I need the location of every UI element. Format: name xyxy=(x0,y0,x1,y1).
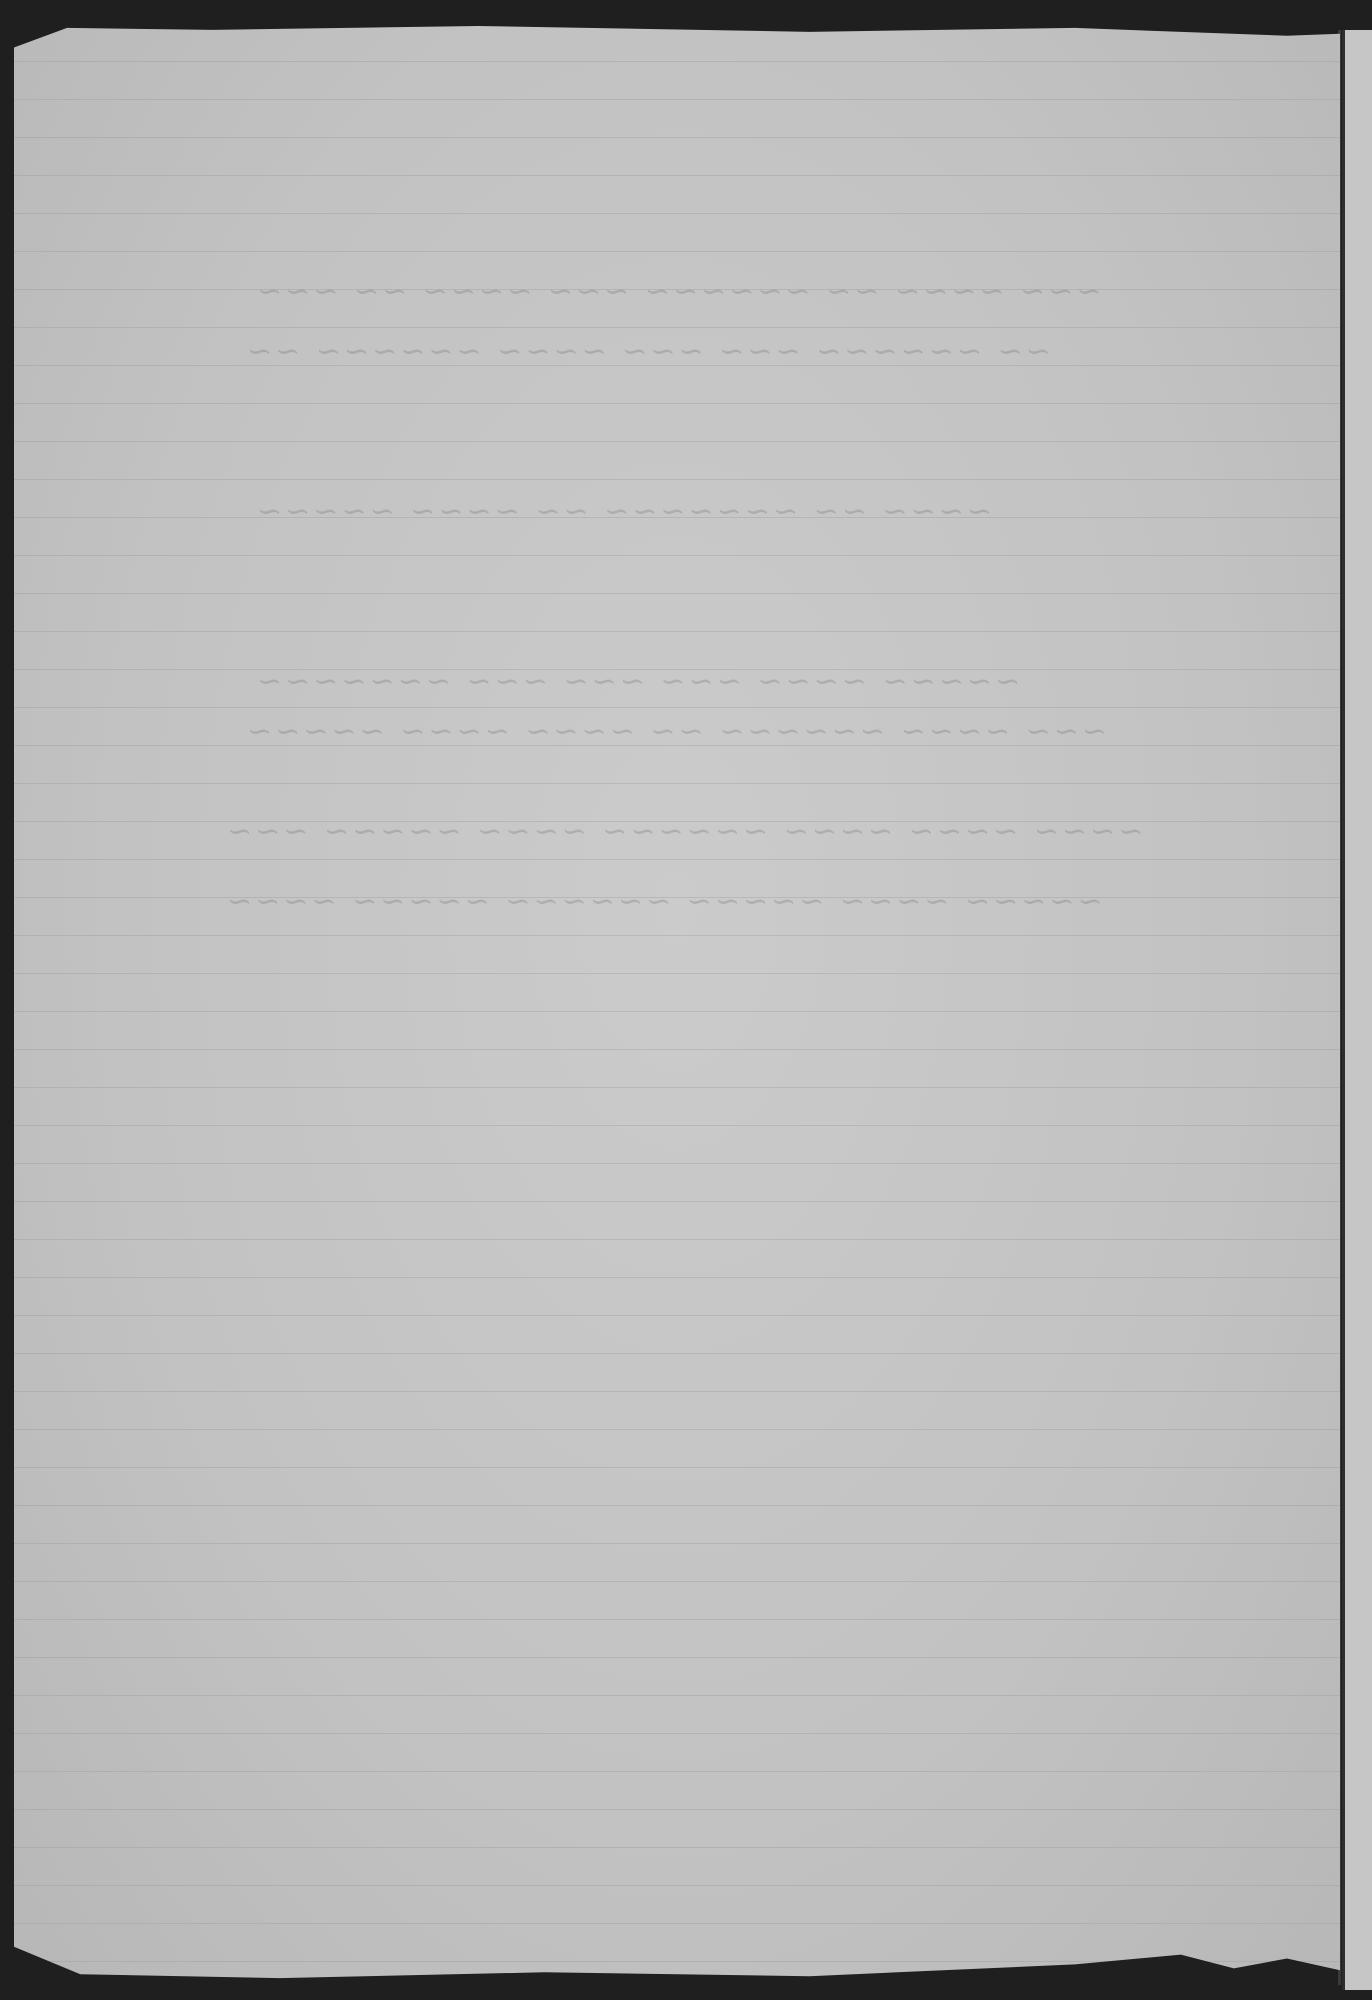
bleed-through-text: ~~~~ ~~ ~~~~~~~ ~~ ~~~~ ~~~~~ xyxy=(254,494,992,529)
adjacent-page-edge xyxy=(1342,30,1372,1990)
bleed-through-text: ~~~ ~~~~ ~~~~~~ ~~ ~~~~ ~~~~ ~~~~~ xyxy=(244,714,1107,749)
bleed-through-text: ~~~~ ~~~~ ~~~~ ~~~~~~ ~~~~ ~~~~~ ~~~ xyxy=(224,814,1143,849)
bleed-through-text: ~~~ ~~~~ ~~ ~~~~~~ ~~~ ~~~~ ~~ ~~~ xyxy=(254,274,1101,309)
manuscript-page: ~~~ ~~~~ ~~ ~~~~~~ ~~~ ~~~~ ~~ ~~~ ~~ ~~… xyxy=(14,24,1340,1986)
bleed-through-text: ~~~~~ ~~~~ ~~~ ~~~ ~~~ ~~~~~~~ xyxy=(254,664,1020,699)
bleed-through-text: ~~~~~ ~~~~ ~~~~~ ~~~~~~ ~~~~~ ~~~~ xyxy=(224,884,1103,919)
bleed-through-text: ~~ ~~~~~~ ~~~ ~~~ ~~~~ ~~~~~~ ~~ xyxy=(244,334,1051,369)
